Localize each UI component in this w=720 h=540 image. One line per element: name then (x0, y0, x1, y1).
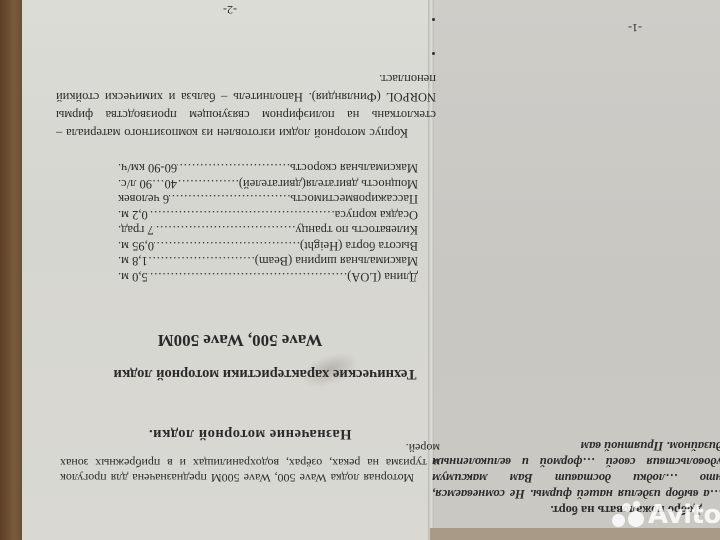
spec-value: 0,95 м. (118, 238, 154, 254)
spec-value: 60-90 км/ч. (118, 160, 177, 176)
spec-leader-dots (148, 269, 347, 285)
spec-label: Килеватость по транцу (295, 222, 418, 238)
avito-wordmark: Avito (648, 500, 720, 530)
spec-leader-dots (177, 176, 239, 192)
purpose-text: Моторная лодка Wave 500, Wave 500M предн… (60, 440, 440, 485)
spec-label: Пассажировместимость (290, 191, 418, 207)
purpose-section: Моторная лодка Wave 500, Wave 500M предн… (60, 440, 440, 485)
spec-row: Максимальная ширина (Beam)1,8 м. (118, 253, 418, 269)
spec-section-title: Технические характеристики моторной лодк… (100, 365, 430, 382)
spec-leader-dots (154, 238, 300, 254)
page-number-left: -2- (215, 2, 245, 17)
binding-mark (432, 18, 435, 21)
hull-description: Корпус моторной лодки изготовлен из комп… (56, 70, 436, 142)
spec-label: Высота борта (Height) (300, 238, 418, 254)
page-number-right: -1- (620, 20, 650, 35)
spec-list: Длина (LOA)5,0 м.Максимальная ширина (Be… (118, 160, 418, 284)
spec-value: 5,0 м. (118, 269, 148, 285)
spec-row: Килеватость по транцу7 град. (118, 222, 418, 238)
avito-watermark: Avito (612, 500, 720, 530)
binding-mark (432, 52, 435, 55)
spec-label: Максимальная скорость (290, 160, 418, 176)
spec-leader-dots (148, 253, 255, 269)
spec-leader-dots (148, 207, 335, 223)
spec-row: Осадка корпуса0,2 м. (118, 207, 418, 223)
spec-row: Мощность двигателя(двигателей)40…90 л/с. (118, 176, 418, 192)
avito-logo-icon (612, 501, 644, 529)
welcome-body: …а выбор изделия нашей фирмы. Не сомнева… (432, 438, 720, 502)
spec-row: Высота борта (Height)0,95 м. (118, 238, 418, 254)
spec-label: Осадка корпуса (335, 207, 418, 223)
spec-label: Мощность двигателя(двигателей) (239, 176, 418, 192)
hull-paragraph: Корпус моторной лодки изготовлен из комп… (56, 70, 436, 142)
spec-leader-dots (177, 160, 290, 176)
spec-row: Пассажировместимость6 человек (118, 191, 418, 207)
spec-value: 1,8 м. (118, 253, 148, 269)
spec-value: 6 человек (118, 191, 169, 207)
spec-leader-dots (169, 191, 290, 207)
spec-value: 40…90 л/с. (118, 176, 177, 192)
spec-row: Максимальная скорость60-90 км/ч. (118, 160, 418, 176)
spec-leader-dots (154, 222, 296, 238)
model-title: Wave 500, Wave 500M (140, 330, 340, 350)
spec-value: 7 град. (118, 222, 154, 238)
spec-label: Длина (LOA) (347, 269, 418, 285)
spec-row: Длина (LOA)5,0 м. (118, 269, 418, 285)
spec-label: Максимальная ширина (Beam) (255, 253, 418, 269)
spec-value: 0,2 м. (118, 207, 148, 223)
